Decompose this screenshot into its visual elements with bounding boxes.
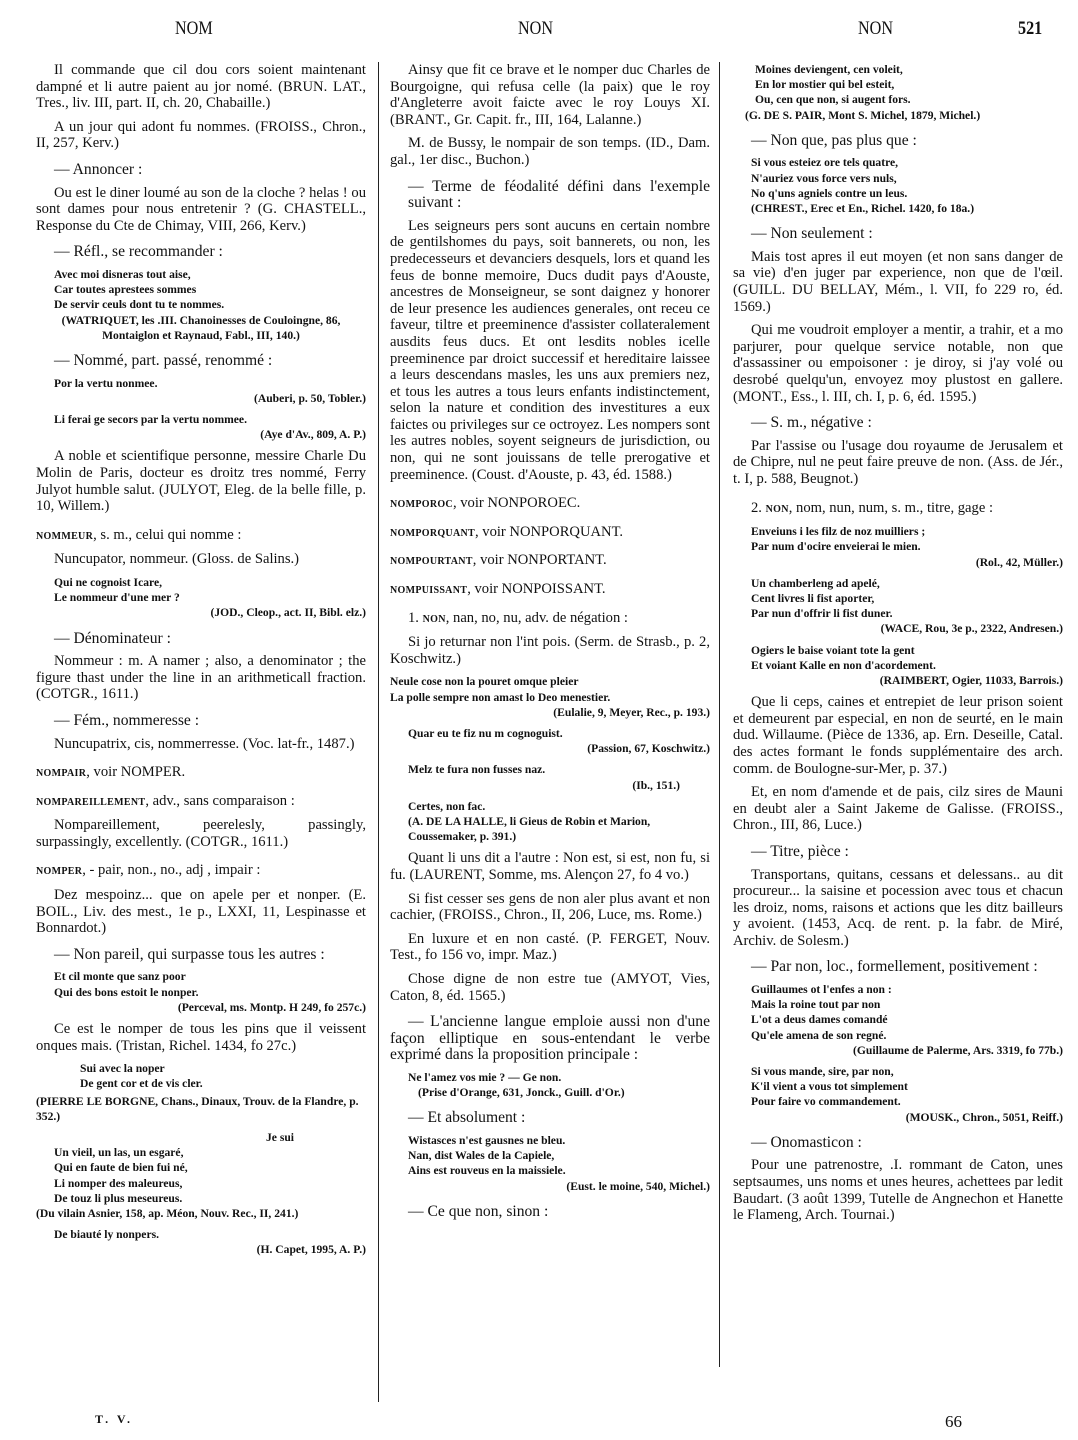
verse-quote: Quar eu te fiz nu m cognoguist. (Passion… [408,726,710,756]
paragraph: Que li ceps, caines et entrepiet de leur… [733,694,1063,777]
verse-quote: Qui ne cognoist Icare, Le nommeur d'une … [54,575,366,621]
sense-heading: — Titre, pièce : [751,844,1063,861]
sense-heading: — Dénominateur : [54,631,366,648]
verse-quote: Por la vertu nonmee. (Auberi, p. 50, Tob… [54,376,366,443]
headword: non [423,610,446,626]
running-head-center: NON [518,18,553,40]
citation: (WATRIQUET, les .III. Chanoinesses de Co… [36,313,366,343]
headword: nompuissant [390,581,467,597]
citation: (Aye d'Av., 809, A. P.) [54,427,366,442]
sense-heading: — L'ancienne langue emploie aussi non d'… [390,1014,710,1064]
sense-heading: — Non que, pas plus que : [751,133,1063,150]
headword-entry-nomporoc: nomporoc, voir NONPOROEC. [390,495,710,512]
citation: (G. DE S. PAIR, Mont S. Michel, 1879, Mi… [745,108,1063,123]
sense-heading: — Réfl., se recommander : [54,244,366,261]
citation: (JOD., Cleop., act. II, Bibl. elz.) [54,605,366,620]
paragraph: Nuncupator, nommeur. (Gloss. de Salins.) [36,551,366,568]
column-3: Moines deviengent, cen voleit, En lor mo… [733,62,1063,1231]
citation: (Passion, 67, Koschwitz.) [408,741,710,756]
verse-quote: Ne l'amez vos mie ? — Ge non. (Prise d'O… [408,1070,710,1100]
citation: (Du vilain Asnier, 158, ap. Méon, Nouv. … [36,1206,366,1221]
citation: (A. DE LA HALLE, li Gieus de Robin et Ma… [408,814,710,844]
verse-quote: Si vous mande, sire, par non, K'il vient… [751,1064,1063,1125]
sense-heading: — S. m., négative : [751,415,1063,432]
paragraph: A noble et scientifique personne, messir… [36,448,366,514]
citation: (PIERRE LE BORGNE, Chans., Dinaux, Trouv… [36,1094,366,1124]
verse-quote: Je sui Un vieil, un las, un esgaré, Qui … [54,1130,366,1221]
headword: nomper [36,862,82,878]
paragraph: Si jo returnar non l'int pois. (Serm. de… [390,634,710,667]
sense-heading: — Par non, loc., formellement, positivem… [733,959,1063,976]
headword: nomporoc [390,495,453,511]
page-number: 521 [1018,18,1042,40]
paragraph: Ou est le diner loumé au son de la cloch… [36,185,366,235]
verse-quote: Avec moi disneras tout aise, Car toutes … [54,267,366,343]
column-1: Il commande que cil dou cors soient main… [36,62,366,1264]
citation: (Perceval, ms. Montp. H 249, fo 257c.) [54,1000,366,1015]
headword-entry-nompair: nompair, voir NOMPER. [36,764,366,781]
sense-heading: — Annoncer : [54,162,366,179]
running-head-left: NOM [175,18,213,40]
paragraph: Nuncupatrix, cis, nommerresse. (Voc. lat… [36,736,366,753]
verse-quote: Et cil monte que sanz poor Qui des bons … [54,969,366,1015]
verse-quote: Si vous esteiez ore tels quatre, N'aurie… [751,155,1063,216]
citation: (MOUSK., Chron., 5051, Reiff.) [751,1110,1063,1125]
citation: (Eust. le moine, 540, Michel.) [408,1179,710,1194]
sense-heading: — Onomasticon : [751,1135,1063,1152]
sense-heading: — Terme de féodalité défini dans l'exemp… [408,179,710,212]
paragraph: Les seigneurs pers sont aucuns en certai… [390,218,710,484]
verse-quote: Guillaumes ot l'enfes a non : Mais la ro… [751,982,1063,1058]
verse-quote: Moines deviengent, cen voleit, En lor mo… [755,62,1063,123]
headword: non [766,500,789,516]
headword: nomporquant [390,524,475,540]
headword: nompareillement [36,793,145,809]
paragraph: Nompareillement, peerelesly, passingly, … [36,817,366,850]
citation: (WACE, Rou, 3e p., 2322, Andresen.) [751,621,1063,636]
paragraph: Et, en nom d'amende et de pais, cilz sir… [733,784,1063,834]
headword-entry-non-1: 1. non, nan, no, nu, adv. de négation : [390,610,710,627]
paragraph: Mais tost apres il eut moyen (et non san… [733,249,1063,315]
headword-entry-nomporquant: nomporquant, voir NONPORQUANT. [390,524,710,541]
paragraph: M. de Bussy, le nompair de son temps. (I… [390,135,710,168]
sense-heading: — Ce que non, sinon : [408,1204,710,1221]
verse-quote: Ogiers le baise voiant tote la gent Et v… [751,643,1063,689]
paragraph: Qui me voudroit employer a mentir, a tra… [733,322,1063,405]
sense-heading: — Non pareil, qui surpasse tous les autr… [54,947,366,964]
paragraph: Pour une patrenostre, .I. rommant de Cat… [733,1157,1063,1223]
headword: nompair [36,764,86,780]
citation: (Eulalie, 9, Meyer, Rec., p. 193.) [390,705,710,720]
citation: (Auberi, p. 50, Tobler.) [54,391,366,406]
verse-quote: Un chamberleng ad apelé, Cent livres li … [751,576,1063,637]
column-2: Ainsy que fit ce brave et le nomper duc … [390,62,710,1226]
headword: nompourtant [390,552,473,568]
headword-entry-nompourtant: nompourtant, voir NONPORTANT. [390,552,710,569]
signature-mark: T. V. [95,1412,133,1427]
headword-entry-nomper: nomper, - pair, non., no., adj , impair … [36,862,366,879]
paragraph: Quant li uns dit a l'autre : Non est, si… [390,850,710,883]
citation: (RAIMBERT, Ogier, 11033, Barrois.) [751,673,1063,688]
sense-heading: — Non seulement : [751,226,1063,243]
paragraph: Dez mespoinz... que on apele per et nonp… [36,887,366,937]
paragraph: Si fist cesser ses gens de non aler plus… [390,891,710,924]
citation: (H. Capet, 1995, A. P.) [54,1242,366,1257]
paragraph: Ce est le nomper de tous les pins que il… [36,1021,366,1054]
verse-quote: De biauté ly nonpers. (H. Capet, 1995, A… [54,1227,366,1257]
sheet-number: 66 [945,1412,962,1432]
sense-heading: — Nommé, part. passé, renommé : [54,353,366,370]
headword: nommeur [36,527,93,543]
verse-quote: Enveiuns i les filz de noz muilliers ; P… [751,524,1063,570]
verse-quote: Melz te fura non fusses naz. (Ib., 151.) [408,762,710,792]
paragraph: Ainsy que fit ce brave et le nomper duc … [390,62,710,128]
paragraph: A un jour qui adont fu nommes. (FROISS.,… [36,119,366,152]
verse-quote: Neule cose non la pouret omque pleier La… [390,674,710,720]
paragraph: Par l'assise ou l'usage dou royaume de J… [733,438,1063,488]
paragraph: Chose digne de non estre tue (AMYOT, Vie… [390,971,710,1004]
sense-heading: — Fém., nommeresse : [54,713,366,730]
column-rule-1 [378,62,379,1402]
citation: (Guillaume de Palerme, Ars. 3319, fo 77b… [751,1043,1063,1058]
sense-heading: — Et absolument : [408,1110,710,1127]
verse-quote: Wistasces n'est gausnes ne bleu. Nan, di… [408,1133,710,1194]
headword-entry-nommeur: nommeur, s. m., celui qui nomme : [36,527,366,544]
headword-entry-nompareillement: nompareillement, adv., sans comparaison … [36,793,366,810]
citation: (Prise d'Orange, 631, Jonck., Guill. d'O… [408,1085,710,1100]
citation: (Ib., 151.) [408,778,710,793]
running-head-right: NON [858,18,893,40]
paragraph: Transportans, quitans, cessans et deless… [733,867,1063,950]
verse-quote: Certes, non fac. (A. DE LA HALLE, li Gie… [408,799,710,845]
citation: (CHREST., Erec et En., Richel. 1420, fo … [751,201,1063,216]
citation: (Rol., 42, Müller.) [751,555,1063,570]
paragraph: Il commande que cil dou cors soient main… [36,62,366,112]
paragraph: En luxure et en non casté. (P. FERGET, N… [390,931,710,964]
verse-quote: Sui avec la noper De gent cor et de vis … [80,1061,366,1091]
headword-entry-non-2: 2. non, nom, nun, num, s. m., titre, gag… [733,500,1063,517]
column-rule-2 [719,62,720,1367]
paragraph: Nommeur : m. A namer ; also, a denominat… [36,653,366,703]
headword-entry-nompuissant: nompuissant, voir NONPOISSANT. [390,581,710,598]
